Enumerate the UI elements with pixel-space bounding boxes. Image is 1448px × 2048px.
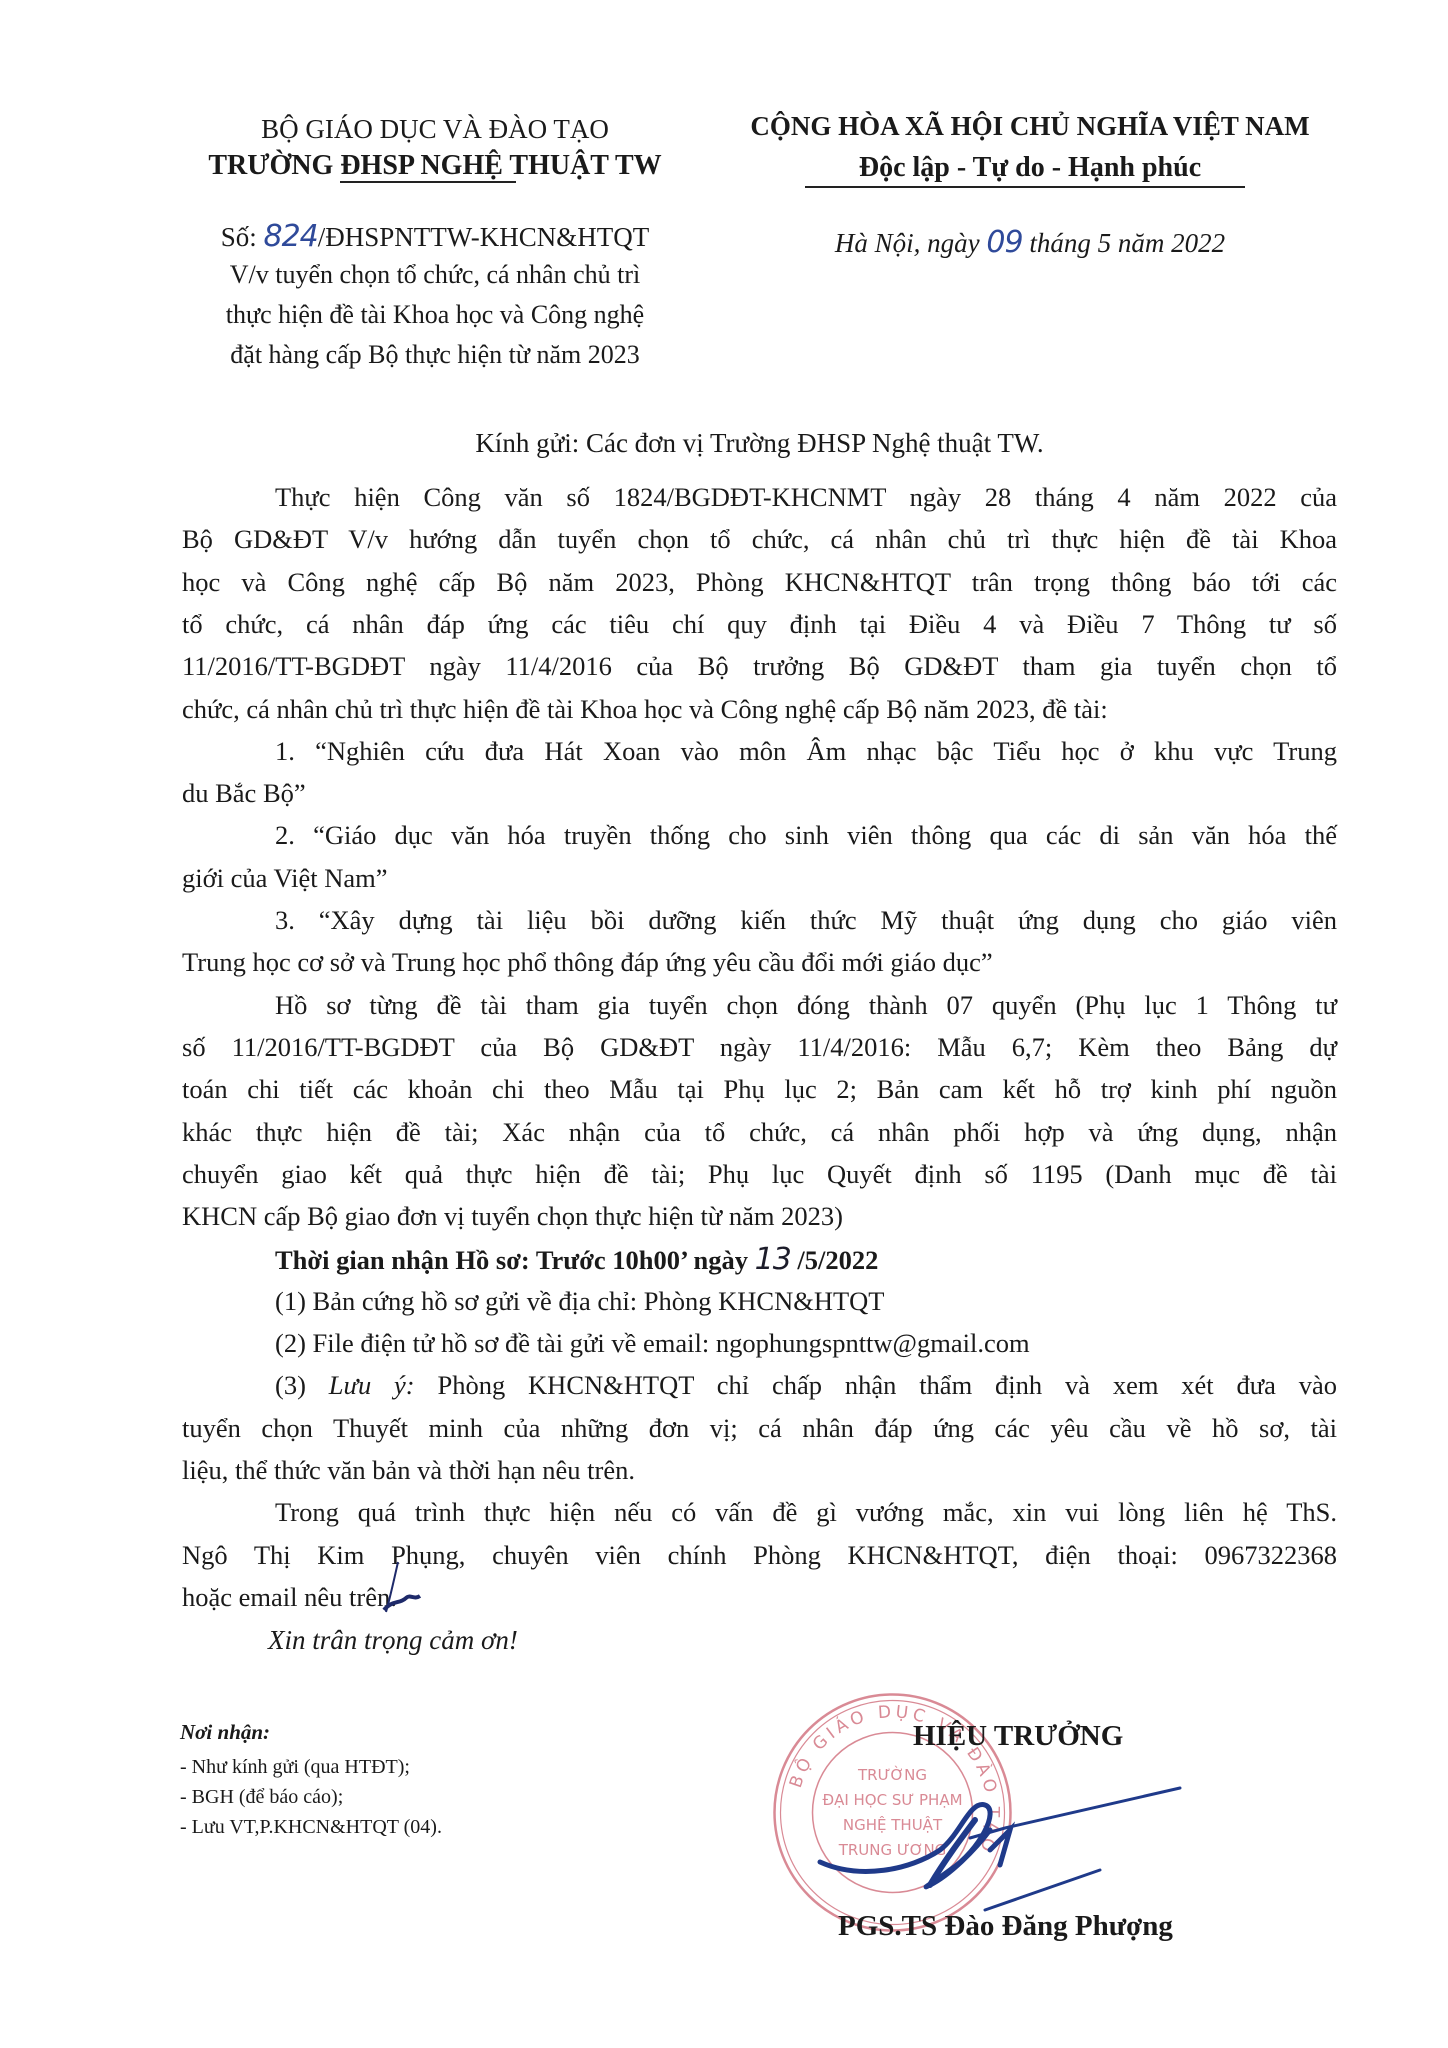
- body-line: Ngô Thị Kim Phụng, chuyên viên chính Phò…: [182, 1542, 1337, 1569]
- body-line: 11/2016/TT-BGDĐT ngày 11/4/2016 của Bộ t…: [182, 653, 1337, 680]
- subject-line: đặt hàng cấp Bộ thực hiện từ năm 2023: [182, 342, 688, 368]
- initials-mark: [378, 1560, 438, 1620]
- note-rest: Phòng KHCN&HTQT chỉ chấp nhận thẩm định …: [415, 1370, 1337, 1400]
- body-line: KHCN cấp Bộ giao đơn vị tuyển chọn thực …: [182, 1203, 1337, 1230]
- deadline-label: Thời gian nhận Hồ sơ: Trước 10h00’ ngày: [275, 1245, 755, 1275]
- note-label: Lưu ý:: [329, 1370, 415, 1400]
- date-suffix: tháng 5 năm 2022: [1023, 228, 1226, 258]
- motto-underline: [805, 186, 1245, 188]
- body-line: toán chi tiết các khoản chi theo Mẫu tại…: [182, 1076, 1337, 1103]
- date-prefix: Hà Nội, ngày: [835, 228, 987, 258]
- nation-name: CỘNG HÒA XÃ HỘI CHỦ NGHĨA VIỆT NAM: [720, 113, 1340, 140]
- number-prefix: Số:: [221, 222, 264, 252]
- body-line: số 11/2016/TT-BGDĐT của Bộ GD&ĐT ngày 11…: [182, 1034, 1337, 1061]
- subject-line: thực hiện đề tài Khoa học và Công nghệ: [182, 302, 688, 328]
- body-line: khác thực hiện đề tài; Xác nhận của tổ c…: [182, 1119, 1337, 1146]
- school-name: TRƯỜNG ĐHSP NGHỆ THUẬT TW: [182, 152, 688, 180]
- body-line: liệu, thể thức văn bản và thời hạn nêu t…: [182, 1457, 1337, 1484]
- deadline-suffix: /5/2022: [791, 1245, 879, 1275]
- distribution-item: - Như kính gửi (qua HTĐT);: [180, 1757, 410, 1777]
- body-line: Thực hiện Công văn số 1824/BGDĐT-KHCNMT …: [275, 484, 1337, 511]
- number-handwritten: 824: [264, 219, 318, 254]
- body-line: tuyển chọn Thuyết minh của những đơn vị;…: [182, 1415, 1337, 1442]
- body-line: chuyển giao kết quả thực hiện đề tài; Ph…: [182, 1161, 1337, 1188]
- body-line: 2. “Giáo dục văn hóa truyền thống cho si…: [275, 822, 1337, 849]
- body-line: tổ chức, cá nhân đáp ứng các tiêu chí qu…: [182, 611, 1337, 638]
- handwritten-signature: [800, 1750, 1280, 1930]
- recipient-line: Kính gửi: Các đơn vị Trường ĐHSP Nghệ th…: [182, 430, 1337, 457]
- number-suffix: /ĐHSPNTTW-KHCN&HTQT: [318, 222, 650, 252]
- document-number: Số: 824/ĐHSPNTTW-KHCN&HTQT: [182, 222, 688, 252]
- distribution-item: - Lưu VT,P.KHCN&HTQT (04).: [180, 1817, 442, 1837]
- deadline-day-handwritten: 13: [755, 1242, 791, 1277]
- signer-title: HIỆU TRƯỞNG: [913, 1720, 1123, 1753]
- school-underline: [340, 181, 516, 183]
- body-line: chức, cá nhân chủ trì thực hiện đề tài K…: [182, 696, 1337, 723]
- deadline-line: Thời gian nhận Hồ sơ: Trước 10h00’ ngày …: [275, 1245, 1337, 1275]
- body-line: hoặc email nêu trên.: [182, 1584, 1337, 1611]
- body-line: Trong quá trình thực hiện nếu có vấn đề …: [275, 1499, 1337, 1526]
- closing-remark: Xin trân trọng cảm ơn!: [268, 1625, 518, 1656]
- body-line: giới của Việt Nam”: [182, 865, 1337, 892]
- body-line: du Bắc Bộ”: [182, 780, 1337, 807]
- issue-date: Hà Nội, ngày 09 tháng 5 năm 2022: [720, 228, 1340, 258]
- body-line: Bộ GD&ĐT V/v hướng dẫn tuyển chọn tổ chứ…: [182, 526, 1337, 553]
- note-prefix: (3): [275, 1370, 329, 1400]
- ministry-name: BỘ GIÁO DỤC VÀ ĐÀO TẠO: [182, 116, 688, 143]
- body-line: Trung học cơ sở và Trung học phổ thông đ…: [182, 949, 1337, 976]
- national-motto: Độc lập - Tự do - Hạnh phúc: [720, 154, 1340, 182]
- distribution-title: Nơi nhận:: [180, 1722, 270, 1743]
- subject-line: V/v tuyển chọn tổ chức, cá nhân chủ trì: [182, 262, 688, 288]
- body-line: (1) Bản cứng hồ sơ gửi về địa chỉ: Phòng…: [275, 1288, 1337, 1315]
- body-line: 1. “Nghiên cứu đưa Hát Xoan vào môn Âm n…: [275, 738, 1337, 765]
- body-line: học và Công nghệ cấp Bộ năm 2023, Phòng …: [182, 569, 1337, 596]
- body-line: (2) File điện tử hồ sơ đề tài gửi về ema…: [275, 1330, 1337, 1357]
- distribution-item: - BGH (để báo cáo);: [180, 1787, 343, 1807]
- date-day-handwritten: 09: [986, 225, 1022, 260]
- body-line: Hồ sơ từng đề tài tham gia tuyển chọn đó…: [275, 992, 1337, 1019]
- body-line: 3. “Xây dựng tài liệu bồi dưỡng kiến thứ…: [275, 907, 1337, 934]
- note-line: (3) Lưu ý: Phòng KHCN&HTQT chỉ chấp nhận…: [275, 1372, 1337, 1399]
- signer-name: PGS.TS Đào Đăng Phượng: [838, 1910, 1173, 1943]
